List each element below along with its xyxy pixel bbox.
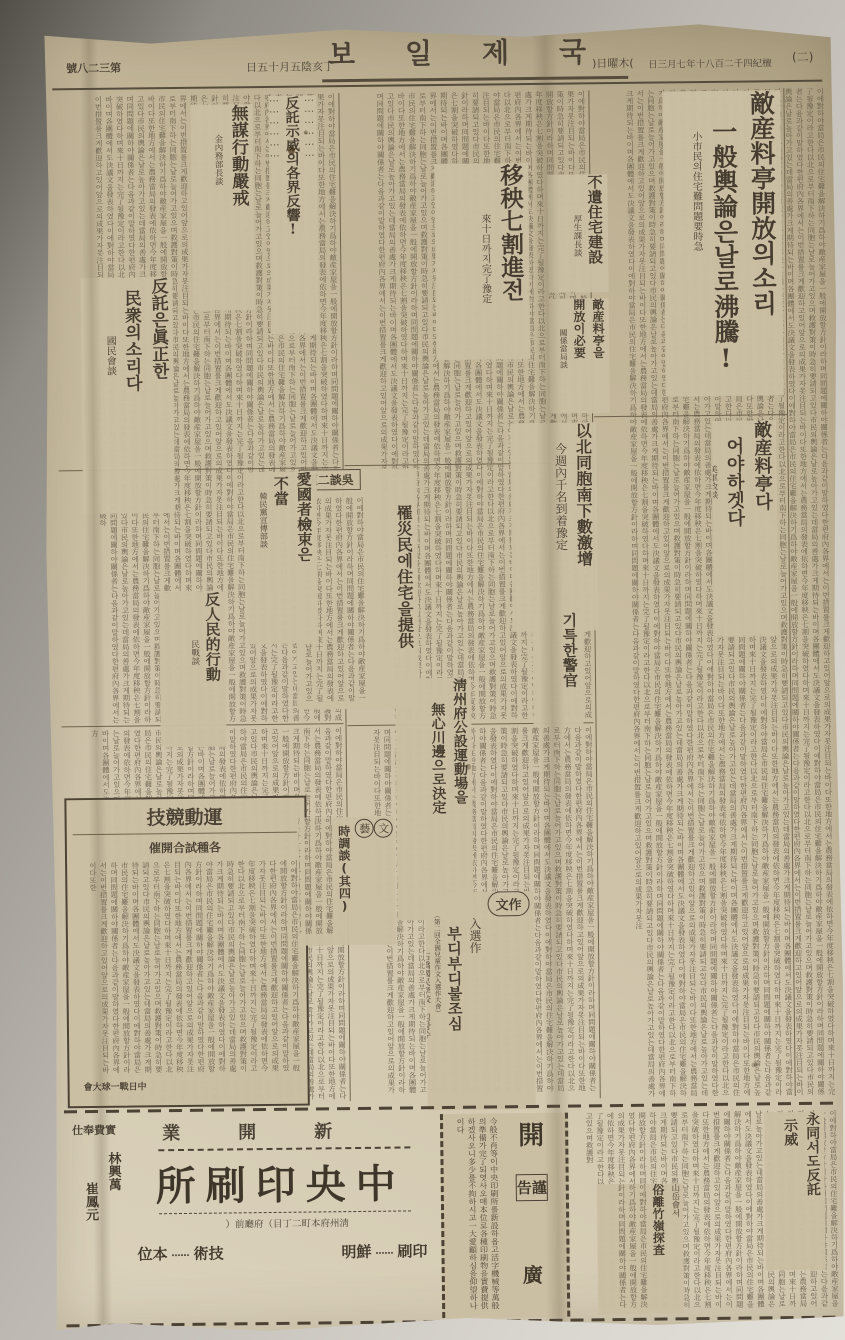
- lunar-date: 日五十月五陰亥丁: [246, 58, 334, 75]
- leader-dots: ……: [171, 1248, 189, 1258]
- leader-dots: ⋯⋯⋯⋯⋯⋯: [268, 96, 282, 334]
- masthead-underline: [322, 76, 628, 82]
- rule: [73, 832, 297, 836]
- article-housing: 不遺住宅建設 厚生課長談: [547, 174, 608, 293]
- essay-note: （第二回全國兒童作文入選作大會）: [432, 892, 443, 1110]
- printshop-kicker: 業開新: [162, 1117, 390, 1146]
- subhead: 小市民의住宅難問題要時急: [687, 91, 705, 396]
- feature-pair: 刷印 …… 明鮮: [341, 1240, 427, 1262]
- article-lead-follow: 敵産料亭다 어야하겟다 美軍政談: [712, 420, 778, 636]
- headline: 敵産料亭을: [590, 298, 608, 413]
- headline: 反託示威의各界反響!: [281, 96, 304, 334]
- notice-big-char: 開: [505, 1115, 557, 1153]
- photo-backdrop: 號八二三第 日五十月五陰亥丁 보일제국 )日曜木( 日三月七年十八百二千四紀檀 …: [0, 0, 845, 1340]
- article-rice-transplant: 移秧七割進전 來十日까지完了豫定: [434, 163, 530, 360]
- column-title: 時調談(其四): [336, 817, 354, 945]
- body-text-region: 이에對하야當局은市民의住宅難을解決하기爲하야敵産家屋을一般에開放할方針이라하며同…: [618, 1184, 649, 1310]
- printshop-name: 所刷印央中: [130, 1152, 431, 1212]
- article-arrest: 愛國者檢束은 不當 韓民黨宣傳部談: [247, 471, 319, 644]
- notice-title: 告謹: [516, 1174, 548, 1201]
- byline: 金內務部長談: [211, 104, 225, 310]
- feature-word: 位本: [137, 1243, 167, 1264]
- article-antipeople: 反人民的行動 民戰談: [159, 591, 227, 747]
- headline: 罹災民에住宅을提供: [392, 468, 418, 708]
- article-yeongdong: 永同서도反託 示威: [764, 1112, 826, 1271]
- article-lead-headline: 敵産料亭開放의소리 一般輿論은날로沸騰! 小市民의住宅難問題要時急: [662, 90, 783, 396]
- essay-section-badge: 文作: [487, 891, 529, 916]
- printshop-proprietors: 林興萬 崔鳳元: [76, 1152, 128, 1303]
- printshop-features: 刷印 …… 明鮮 術技 …… 位本: [137, 1240, 427, 1264]
- printshop-service-label: 仕奉費實: [72, 1122, 116, 1138]
- issue-number: 號八二三第: [66, 60, 121, 77]
- kicker: 山岳會서: [669, 1183, 682, 1313]
- article-alpine: 山岳會서 俗離竹嶺探査 이에對하야當局은市民의住宅難을解決하기爲하야敵産家屋을一…: [597, 1183, 684, 1314]
- article-react: ⋯⋯⋯⋯⋯⋯ 反託示威의各界反響! ⋯⋯⋯⋯⋯⋯: [268, 95, 319, 334]
- headline: 反人民的行動: [202, 592, 225, 747]
- headline: 不當: [271, 472, 294, 644]
- headline: 기특한警官: [559, 612, 581, 724]
- printshop-ad: 業開新 所刷印央中 ）前廳府（目丁二町本府州淸 刷印 …… 明鮮 術技 …… 位…: [66, 1114, 436, 1322]
- sports-section-title: 技競動運: [76, 802, 292, 831]
- article-refugees: 以北同胞南下數激增 今週內千名到着豫定: [510, 422, 598, 631]
- feature-word: 術技: [193, 1243, 223, 1264]
- newspaper-page: 號八二三第 日五十月五陰亥丁 보일제국 )日曜木( 日三月七年十八百二千四紀檀 …: [40, 22, 845, 1335]
- headline: 어야하겟다: [720, 421, 748, 636]
- page-marker: (二): [792, 48, 814, 65]
- essay-title: 부디부디불조심: [443, 892, 466, 1110]
- headline: 敵産料亭開放의소리: [742, 90, 781, 395]
- sports-note: 會大球一戰日中: [84, 1079, 147, 1093]
- article-warning: 無謀行動嚴戒 金內務部長談: [190, 104, 254, 311]
- headline: 示威: [780, 1112, 802, 1270]
- ink-stain: [466, 764, 471, 770]
- article-ryotei-open: 敵産料亭을 開放이必要 關係當局談: [549, 298, 610, 414]
- headline: 永同서도反託: [802, 1112, 824, 1270]
- article-voice: 反託은眞正한 民衆의소리다 國民會談: [80, 277, 175, 514]
- headline: 俗離竹嶺探査: [650, 1184, 668, 1314]
- essay-kicker: 入選作: [466, 892, 485, 1110]
- leader-dots: ……: [375, 1246, 393, 1256]
- masthead-title: 보일제국: [328, 30, 637, 73]
- subhead: 來十日까지完了豫定: [476, 163, 493, 359]
- opening-notice-ad: 今般不肖等이中央印刷所를新設하옵고活字機械等萬般의準備가完了되엿사오매本位로各種…: [440, 1113, 570, 1318]
- byline: 國民會談: [101, 278, 119, 514]
- headline: 無心川邊으로決定: [427, 678, 450, 920]
- literary-column: 文 藝 時調談(其四) 이에對하야當局은市民의住宅難을解決하기爲하야敵産家屋을一…: [299, 817, 396, 946]
- section-char: 藝: [355, 819, 374, 838]
- byline: 厚生課長談: [570, 174, 583, 292]
- weekday-label: )日曜木(: [592, 55, 634, 71]
- headline: 一般輿論은날로沸騰!: [704, 91, 743, 396]
- wavy-rule: [158, 1146, 410, 1151]
- headline: 敵産料亭다: [748, 420, 776, 635]
- headline: 不遺住宅建設: [584, 174, 606, 292]
- bottom-right-news: 이에對하야當局은市民의住宅難을解決하기爲하야敵産家屋을一般에開放할方針이라하며同…: [568, 1110, 840, 1317]
- feature-pair: 術技 …… 位本: [137, 1243, 223, 1265]
- sports-subhead: 催開合試種各: [77, 838, 293, 857]
- printshop-address: ）前廳府（目丁二町本府州淸: [177, 1215, 397, 1231]
- sports-section-box: 技競動運 催開合試種各 이에對하야當局은市民의住宅難을解決하기爲하야敵産家屋을一…: [64, 796, 310, 1109]
- byline: 美軍政談: [712, 421, 720, 636]
- notice-glyph-column: 開 告謹 廣: [505, 1115, 559, 1289]
- headline: 反託은眞正한: [145, 277, 173, 513]
- headline: 民衆의소리다: [118, 277, 146, 513]
- body-text-region: 이에對하야當局은市民의住宅難을解決하기爲하야敵産家屋을一般에開放할方針이라하며同…: [71, 860, 301, 1075]
- headline: 淸州府公設運動場을: [449, 678, 472, 920]
- headline: 開放이必要: [571, 298, 589, 413]
- essay-block: 文作 入選作 부디부디불조심 （第二回全國兒童作文入選作大會） 石橋國民學校 김…: [425, 891, 535, 1110]
- proprietor-name: 崔鳳元: [80, 1152, 101, 1302]
- headline: 愛國者檢束은: [294, 471, 317, 643]
- subhead: 今週內千名到着豫定: [552, 423, 571, 631]
- byline: 民戰談: [188, 592, 202, 747]
- body-text-region: 이에對하야當局은市民의住宅難을解決하기爲하야敵産家屋을一般에開放할方針이라하며同…: [299, 817, 335, 937]
- proprietor-name: 林興萬: [103, 1152, 124, 1302]
- article-policeman: 기특한警官: [532, 612, 583, 725]
- article-stadium: 淸州府公設運動場을 無心川邊으로決定: [395, 678, 474, 921]
- ink-stain: [304, 131, 308, 135]
- headline: 以北同胞南下數激增: [571, 422, 596, 630]
- headline: 移秧七割進전: [493, 163, 528, 359]
- byline: 韓民黨宣傳部談: [258, 472, 271, 644]
- notice-body-text: 今般不肖等이中央印刷所를新設하옵고活字機械等萬般의準備가完了되엿사오매本位로各種…: [451, 1117, 501, 1314]
- ink-stain: [751, 1062, 757, 1067]
- solar-date: 日三月七年十八百二千四紀檀: [648, 55, 772, 70]
- feature-word: 明鮮: [341, 1241, 371, 1262]
- notice-side-char: 廣: [507, 1259, 559, 1289]
- byline: 關係當局談: [558, 299, 570, 414]
- headline: 無謀行動嚴戒: [225, 104, 252, 310]
- section-char: 文: [374, 819, 393, 838]
- section-circles: 文 藝: [355, 817, 394, 945]
- feature-word: 刷印: [397, 1240, 427, 1261]
- ink-stain: [288, 146, 295, 155]
- essay-author: 石橋國民學校 김창수: [425, 892, 432, 1110]
